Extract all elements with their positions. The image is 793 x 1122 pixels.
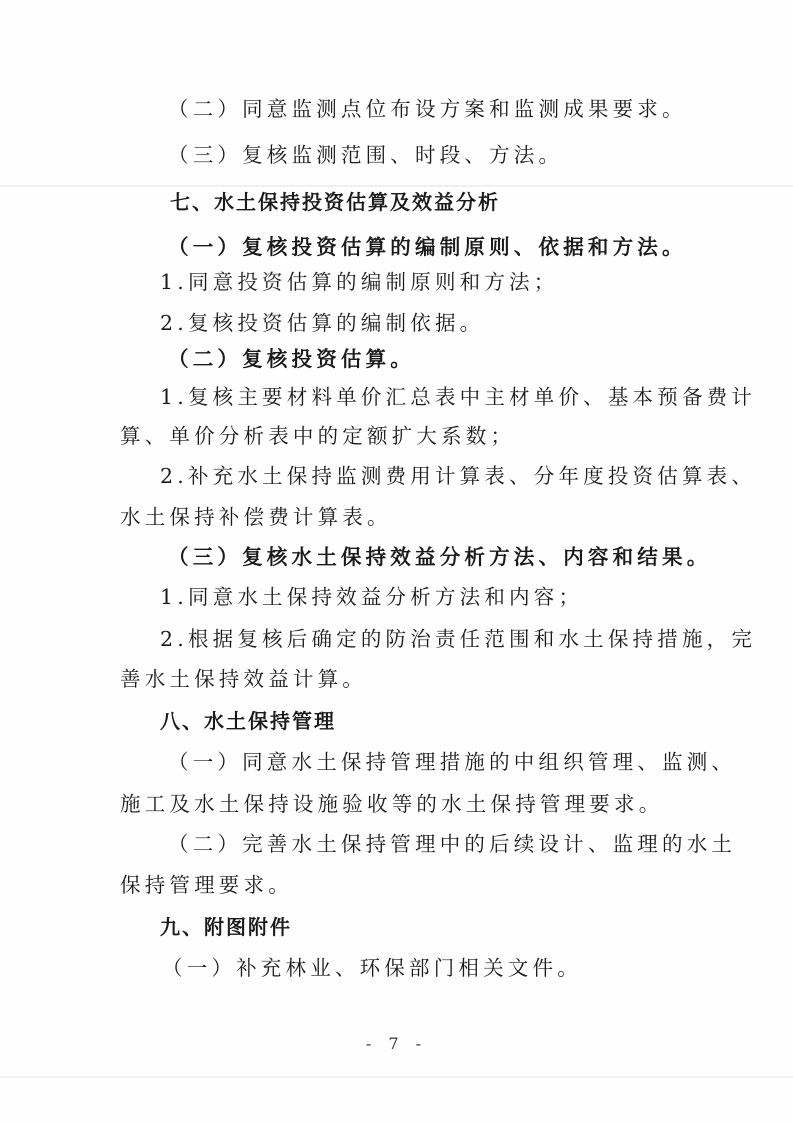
text-line: 2.复核投资估算的编制依据。 [160, 311, 484, 335]
document-page: （二）同意监测点位布设方案和监测成果要求。 （三）复核监测范围、时段、方法。 七… [0, 0, 793, 1122]
text-line: （二）完善水土保持管理中的后续设计、监理的水土 [168, 832, 736, 856]
text-line: 2.根据复核后确定的防治责任范围和水土保持措施，完 [160, 627, 756, 651]
text-line: （一）同意水土保持管理措施的中组织管理、监测、 [168, 750, 736, 774]
text-line: 1.复核主要材料单价汇总表中主材单价、基本预备费计 [160, 385, 756, 409]
text-line: （三）复核监测范围、时段、方法。 [168, 143, 563, 167]
text-line: （二）同意监测点位布设方案和监测成果要求。 [168, 97, 687, 121]
text-line: 施工及水土保持设施验收等的水土保持管理要求。 [120, 792, 663, 816]
text-line: （一）补充林业、环保部门相关文件。 [162, 956, 582, 980]
subsection-heading: （二）复核投资估算。 [168, 347, 415, 371]
scan-artifact-line [0, 1076, 793, 1078]
text-line: 保持管理要求。 [120, 873, 293, 897]
text-line: 2.补充水土保持监测费用计算表、分年度投资估算表、 [160, 464, 756, 488]
text-line: 善水土保持效益计算。 [120, 667, 367, 691]
subsection-heading: （三）复核水土保持效益分析方法、内容和结果。 [168, 545, 711, 569]
section-heading-7: 七、水土保持投资估算及效益分析 [170, 190, 500, 214]
text-line: 水土保持补偿费计算表。 [120, 505, 392, 529]
text-line: 算、单价分析表中的定额扩大系数； [120, 424, 515, 448]
scan-artifact-line [0, 185, 793, 187]
section-heading-9: 九、附图附件 [160, 915, 292, 939]
text-line: 1.同意水土保持效益分析方法和内容； [160, 585, 583, 609]
page-number: - 7 - [0, 1034, 793, 1053]
text-line: 1.同意投资估算的编制原则和方法； [160, 270, 558, 294]
subsection-heading: （一）复核投资估算的编制原则、依据和方法。 [168, 235, 687, 259]
section-heading-8: 八、水土保持管理 [160, 709, 336, 733]
